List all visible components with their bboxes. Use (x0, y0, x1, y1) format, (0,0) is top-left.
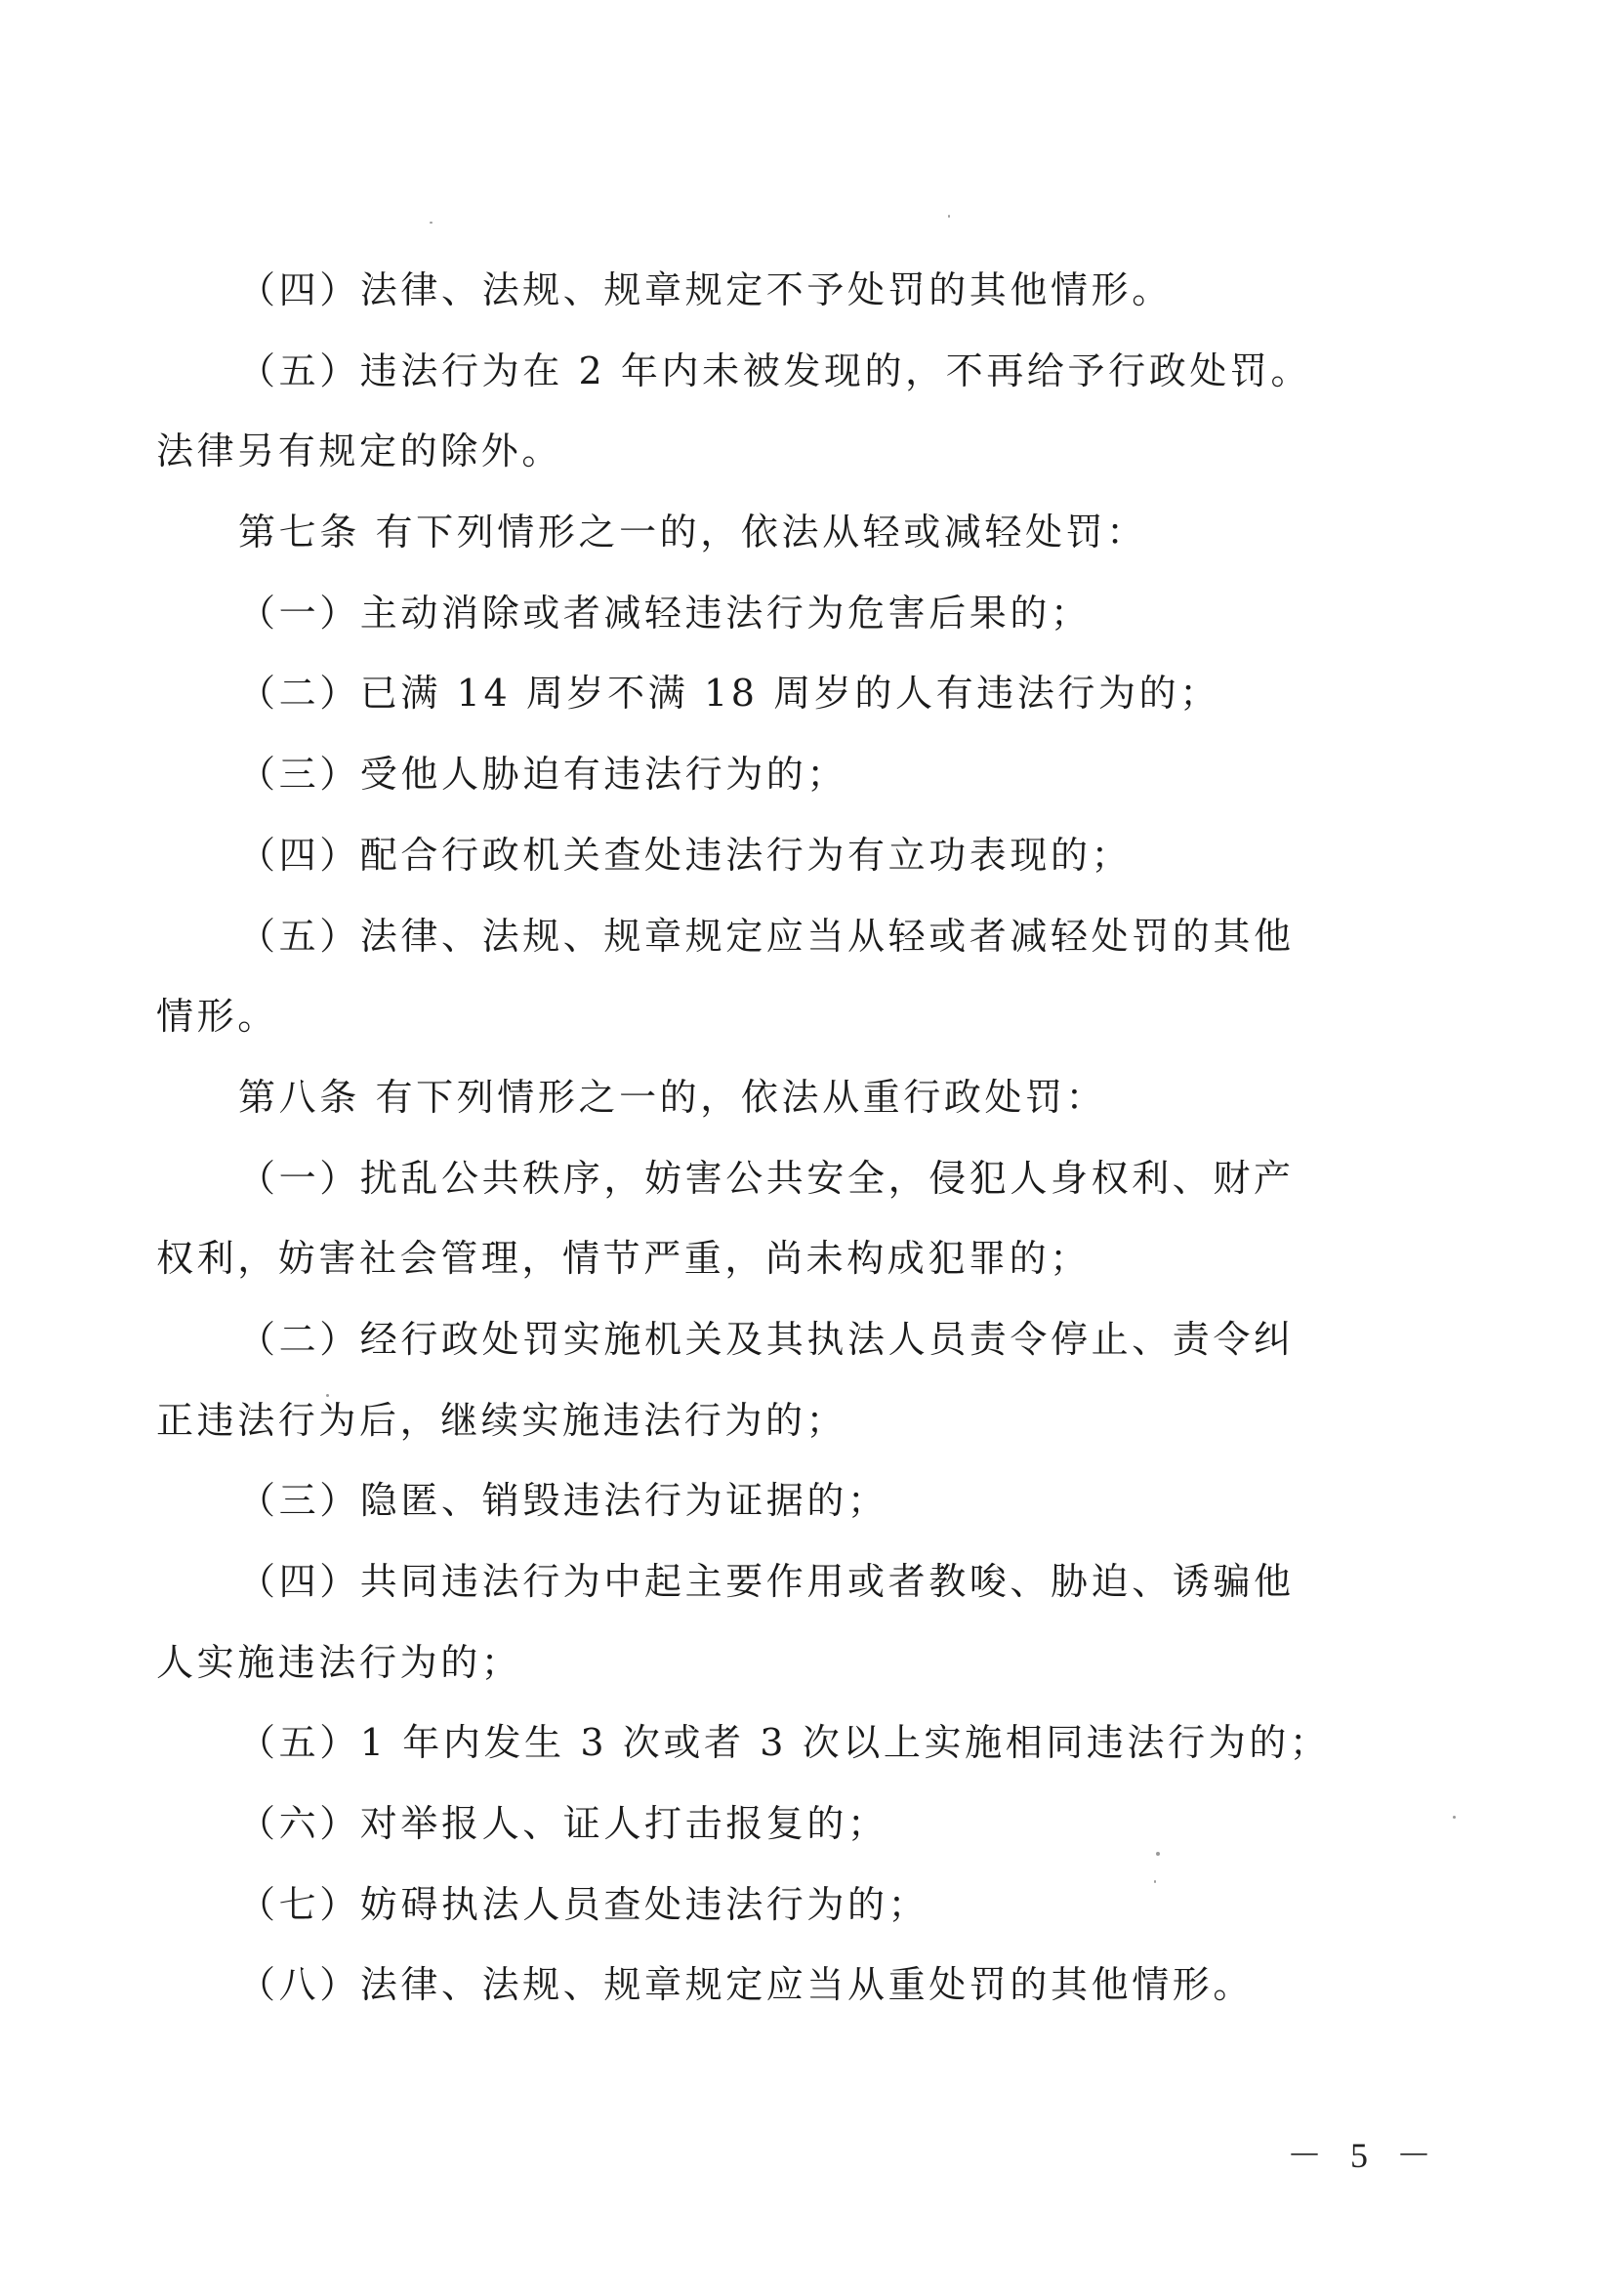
article-8-item-5: （五）1 年内发生 3 次或者 3 次以上实施相同违法行为的； (156, 1708, 1386, 1789)
scan-speck (430, 222, 433, 224)
article-8-item-2: （二）经行政处罚实施机关及其执法人员责令停止、责令纠 (156, 1305, 1386, 1386)
page-number: － 5 － (1287, 2128, 1441, 2178)
article-8-item-4-continuation: 人实施违法行为的； (156, 1628, 1386, 1709)
article-7-item-3: （三）受他人胁迫有违法行为的； (156, 740, 1386, 821)
article-8-heading: 第八条 有下列情形之一的，依法从重行政处罚： (156, 1063, 1386, 1144)
article-8-item-3: （三）隐匿、销毁违法行为证据的； (156, 1466, 1386, 1547)
article-7-item-4: （四）配合行政机关查处违法行为有立功表现的； (156, 821, 1386, 902)
article-8-item-1: （一）扰乱公共秩序，妨害公共安全，侵犯人身权利、财产 (156, 1144, 1386, 1225)
clause-item-4-no-penalty: （四）法律、法规、规章规定不予处罚的其他情形。 (156, 256, 1386, 337)
article-8-item-7: （七）妨碍执法人员查处违法行为的； (156, 1870, 1386, 1951)
scan-speck (326, 1394, 329, 1397)
article-8-item-6: （六）对举报人、证人打击报复的； (156, 1789, 1386, 1870)
article-7-item-1: （一）主动消除或者减轻违法行为危害后果的； (156, 579, 1386, 660)
scan-speck (1154, 1880, 1156, 1883)
article-7-heading: 第七条 有下列情形之一的，依法从轻或减轻处罚： (156, 498, 1386, 579)
document-page: （四）法律、法规、规章规定不予处罚的其他情形。 （五）违法行为在 2 年内未被发… (0, 0, 1609, 2296)
clause-item-5-time-limit: （五）违法行为在 2 年内未被发现的，不再给予行政处罚。 (156, 337, 1386, 418)
clause-item-5-continuation: 法律另有规定的除外。 (156, 417, 1386, 498)
document-body: （四）法律、法规、规章规定不予处罚的其他情形。 （五）违法行为在 2 年内未被发… (156, 256, 1386, 2031)
article-8-item-1-continuation: 权利，妨害社会管理，情节严重，尚未构成犯罪的； (156, 1224, 1386, 1305)
article-8-item-8: （八）法律、法规、规章规定应当从重处罚的其他情形。 (156, 1950, 1386, 2031)
article-7-item-5: （五）法律、法规、规章规定应当从轻或者减轻处罚的其他 (156, 902, 1386, 983)
article-7-item-2: （二）已满 14 周岁不满 18 周岁的人有违法行为的； (156, 659, 1386, 740)
scan-speck (1453, 1816, 1456, 1819)
article-8-item-2-continuation: 正违法行为后，继续实施违法行为的； (156, 1386, 1386, 1467)
scan-speck (1156, 1852, 1160, 1856)
article-7-item-5-continuation: 情形。 (156, 982, 1386, 1063)
scan-speck (948, 215, 950, 218)
article-8-item-4: （四）共同违法行为中起主要作用或者教唆、胁迫、诱骗他 (156, 1547, 1386, 1628)
